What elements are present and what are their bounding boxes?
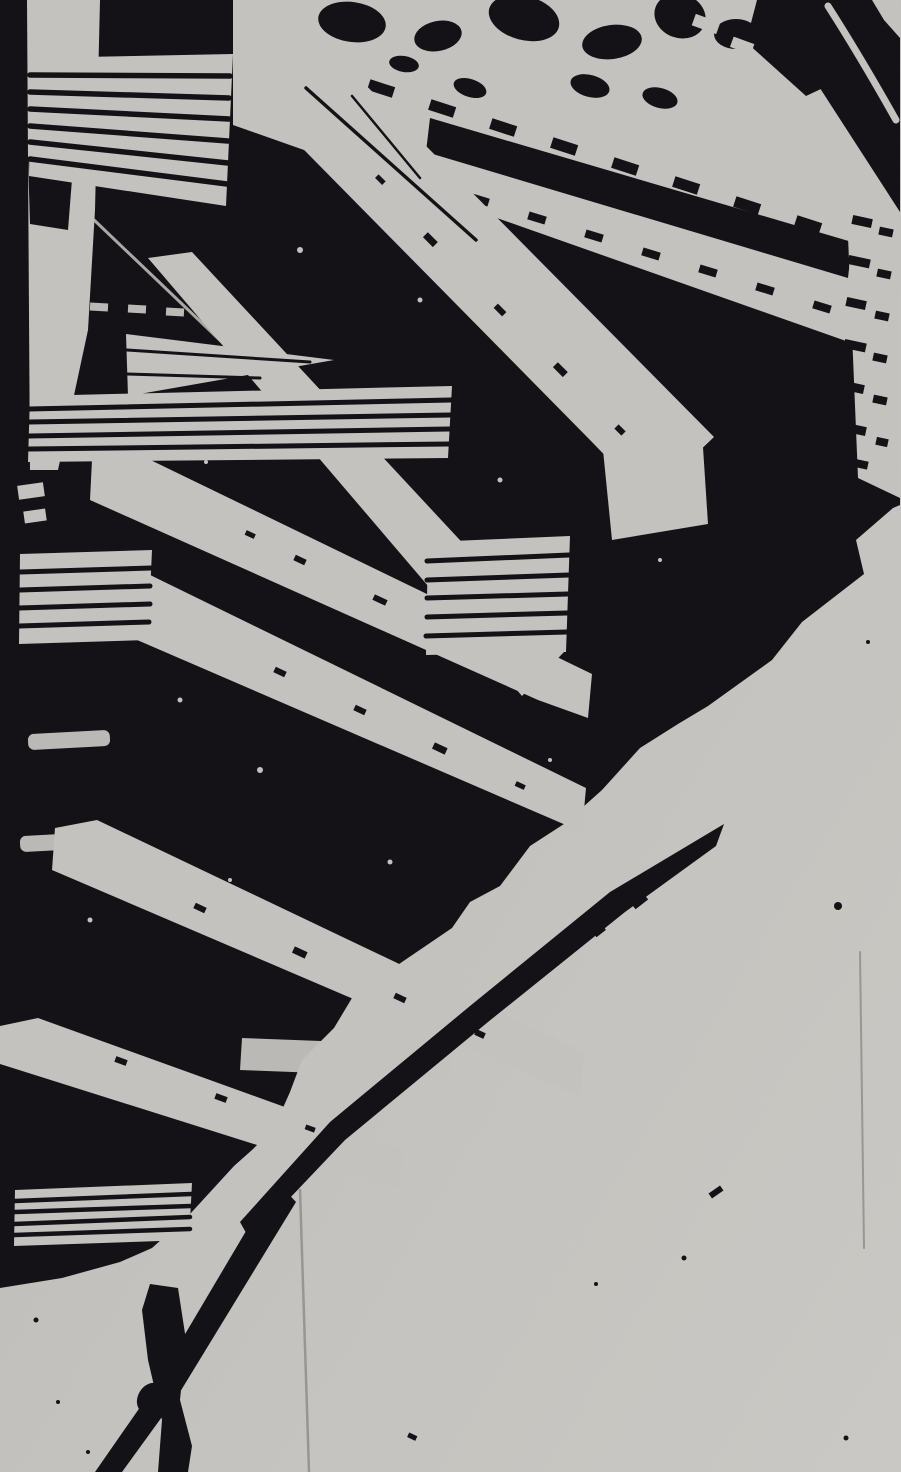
halftone-photo: High-contrast black-and-white halftone r… [0, 0, 901, 1472]
grain-overlay [0, 0, 901, 1472]
photo-canvas: High-contrast black-and-white halftone r… [0, 0, 901, 1472]
